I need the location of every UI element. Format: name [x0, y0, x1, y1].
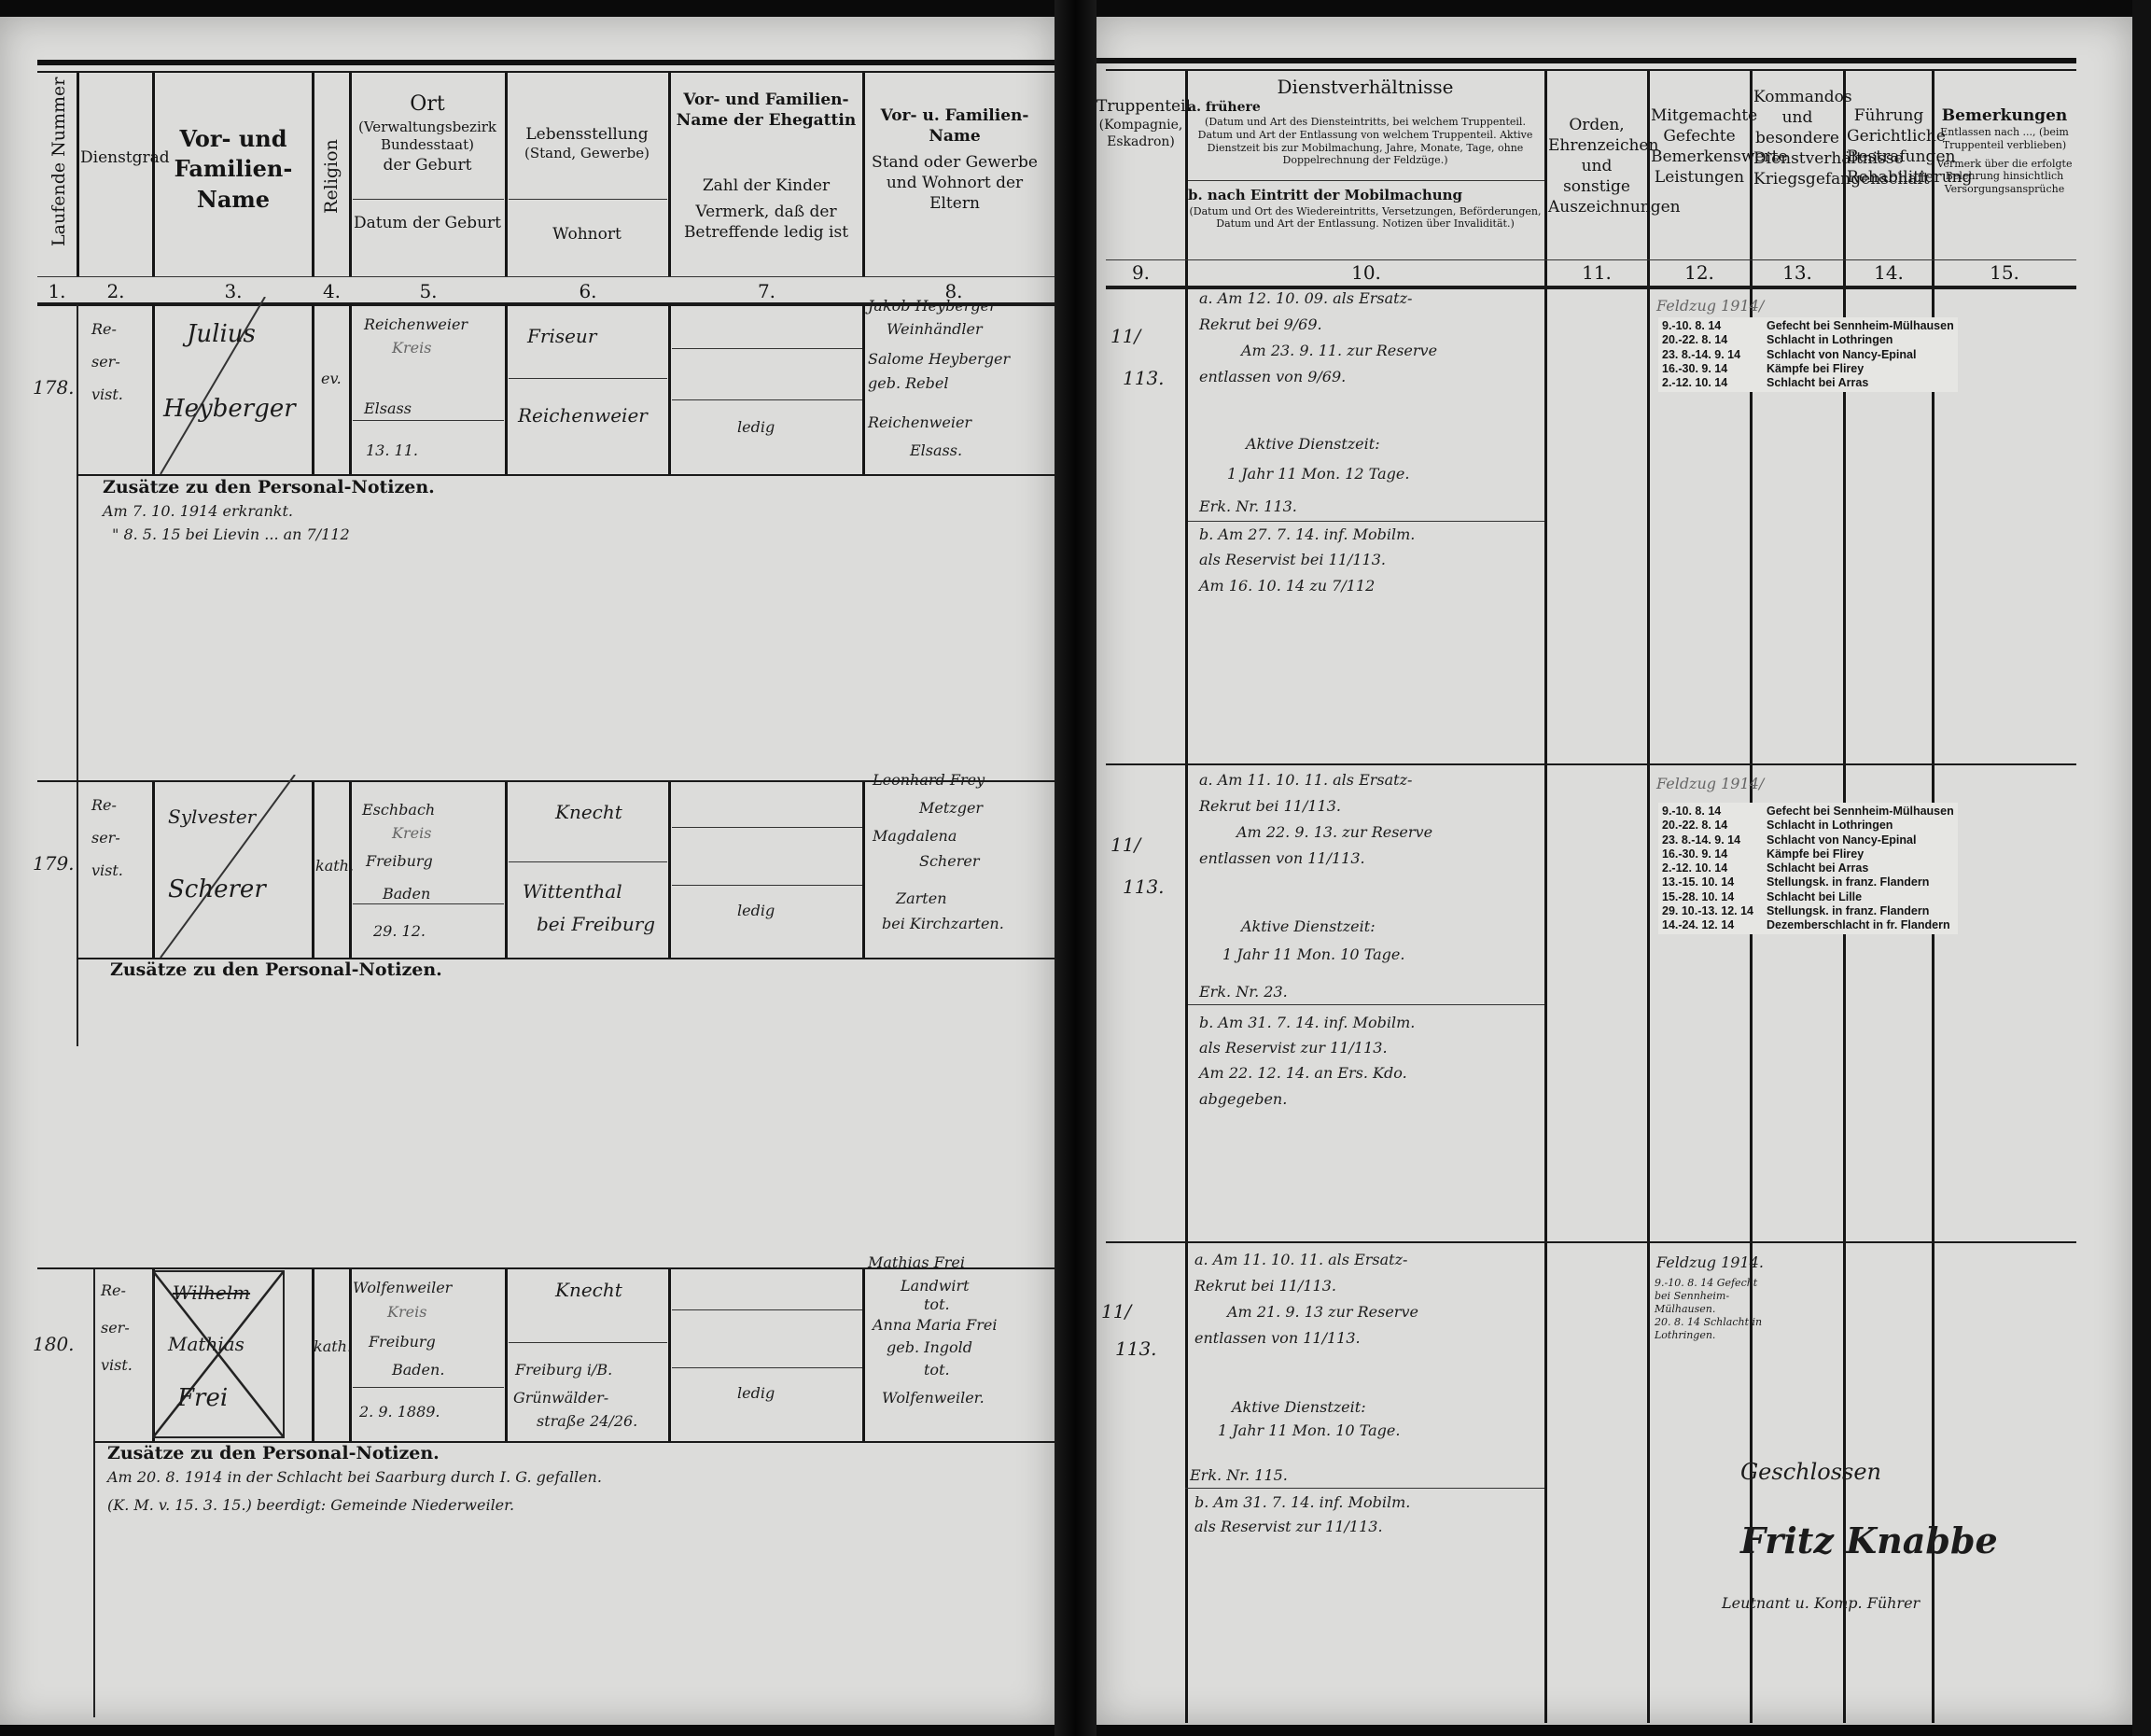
entry-separator [1106, 763, 2076, 765]
rank-line: vist. [91, 861, 123, 879]
header-bemerkungen-sub2: Vermerk über die erfolgte Belehrung hins… [1935, 158, 2074, 196]
surname: Scherer [168, 875, 266, 903]
birthplace-region: Elsass [364, 399, 412, 417]
top-rule-thin [1106, 69, 2076, 71]
subdivider [509, 199, 667, 200]
header-dienst-b-block: b. nach Eintritt der Mobilmachung (Datum… [1188, 187, 1543, 231]
surname: Frei [177, 1384, 228, 1412]
col-divider [668, 73, 671, 276]
battle-line: Lothringen. [1655, 1329, 1715, 1341]
header-dienst-a-sub: (Datum und Art des Diensteintritts, bei … [1188, 116, 1543, 167]
colnum-15: 15. [1935, 261, 2074, 284]
unit: 11/ [1110, 325, 1140, 347]
subdivider [672, 885, 862, 886]
service-line: Erk. Nr. 115. [1190, 1466, 1288, 1484]
birthplace: Eschbach [362, 801, 435, 819]
rank-line: ser- [91, 353, 120, 371]
col-divider [349, 73, 352, 276]
col-divider [862, 73, 865, 276]
header-eltern: Stand oder Gewerbe und Wohnort der Elter… [866, 152, 1043, 214]
battle-line: bei Sennheim- [1655, 1290, 1729, 1302]
battle-row: 16.-30. 9. 14Kämpfe bei Flirey [1662, 847, 1954, 861]
col-divider [1647, 71, 1650, 1723]
subdivider [1188, 180, 1544, 181]
header-bemerkungen: Bemerkungen Entlassen nach ..., (beim Tr… [1935, 105, 2074, 196]
header-gefechte: Mitgemachte Gefechte Bemerkenswerte Leis… [1651, 105, 1748, 188]
entry-number: 180. [33, 1333, 75, 1355]
header-fuehrung: Führung Gerichtliche Bestrafungen Rehabi… [1847, 105, 1931, 188]
service-line: als Reservist bei 11/113. [1199, 551, 1386, 568]
parent-line: Weinhändler [887, 320, 983, 338]
parent-line: Leonhard Frey [873, 771, 985, 789]
birthplace-region: Baden [383, 885, 430, 903]
header-name: Vor- und Familien-Name [157, 124, 310, 215]
entry-left-border [93, 1269, 95, 1717]
rank-line: ser- [91, 829, 120, 847]
header-ehegattin: Vor- und Familien-Name der Ehegattin [672, 90, 860, 131]
colnum-5: 5. [352, 280, 505, 302]
birthplace-city: Freiburg [369, 1333, 436, 1351]
subdivider [672, 348, 862, 349]
subdivider [353, 1387, 504, 1388]
parent-line: Jakob Heyberger [868, 297, 997, 315]
header-bemerkungen-title: Bemerkungen [1935, 105, 2074, 126]
header-lebensstellung-title: Lebensstellung [509, 124, 665, 145]
service-line: Aktive Dienstzeit: [1241, 917, 1376, 935]
occupation: Friseur [527, 325, 596, 347]
campaign-header: Feldzug 1914/ [1656, 297, 1764, 315]
service-line: als Reservist zur 11/113. [1194, 1518, 1383, 1535]
service-line: Am 21. 9. 13 zur Reserve [1227, 1303, 1418, 1321]
battle-row: 23. 8.-14. 9. 14Schlacht von Nancy-Epina… [1662, 833, 1954, 847]
parent-line: Elsass. [910, 441, 962, 459]
service-line: Rekrut bei 9/69. [1199, 315, 1322, 333]
parent-line: Scherer [919, 852, 979, 870]
religion: ev. [321, 370, 342, 387]
header-geburtsdatum: Datum der Geburt [353, 213, 502, 233]
given-name: Sylvester [168, 805, 256, 828]
unit: 113. [1123, 367, 1165, 389]
birthplace: Reichenweier [364, 315, 468, 333]
header-dienst-title: Dienstverhältnisse [1188, 75, 1543, 99]
header-kommandos: Kommandos und besondere Dienstverhältnis… [1753, 87, 1841, 189]
top-rule-thin [37, 71, 1055, 73]
subdivider [1188, 1004, 1544, 1005]
entry-number: 179. [33, 852, 75, 875]
colnum-4: 4. [314, 280, 349, 302]
header-dienstgrad: Dienstgrad [80, 147, 151, 168]
service-line: entlassen von 11/113. [1199, 849, 1365, 867]
col-divider [505, 304, 508, 474]
header-ort: Ort (Verwaltungsbezirk Bundesstaat) der … [353, 91, 502, 175]
service-line: Erk. Nr. 113. [1199, 497, 1297, 515]
marital-status: ledig [737, 418, 775, 436]
signature-name: Fritz Knabbe [1740, 1519, 1998, 1561]
battle-row: 9.-10. 8. 14Gefecht bei Sennheim-Mülhaus… [1662, 319, 1954, 333]
birth-date: 29. 12. [373, 922, 426, 940]
parent-line: geb. Rebel [868, 374, 948, 392]
header-eltern-name: Vor- u. Familien-Name [866, 105, 1043, 147]
notes-rule [77, 474, 1055, 476]
top-rule [1096, 58, 2076, 63]
battle-row: 2.-12. 10. 14Schlacht bei Arras [1662, 376, 1954, 390]
marital-status: ledig [737, 1384, 775, 1402]
col-divider [312, 73, 314, 276]
occupation: Knecht [555, 1279, 622, 1301]
col-divider [505, 782, 508, 958]
header-lebensstellung-sub: (Stand, Gewerbe) [509, 145, 665, 163]
surname: Heyberger [163, 395, 296, 423]
colnum-rule [1106, 259, 2076, 260]
unit: 113. [1115, 1337, 1157, 1360]
header-kinder: Zahl der Kinder [672, 175, 860, 196]
entry-left-border [77, 304, 78, 1046]
given-name: Mathias [168, 1333, 244, 1355]
parent-line: tot. [924, 1361, 950, 1379]
colnum-1: 1. [37, 280, 77, 302]
service-line: Am 22. 9. 13. zur Reserve [1236, 823, 1432, 841]
battle-row: 20.-22. 8. 14Schlacht in Lothringen [1662, 819, 1954, 833]
battle-row: 2.-12. 10. 14Schlacht bei Arras [1662, 861, 1954, 875]
colnum-9: 9. [1096, 261, 1185, 284]
col-divider [668, 304, 671, 474]
rank-line: vist. [101, 1356, 133, 1374]
battle-row: 13.-15. 10. 14Stellungsk. in franz. Flan… [1662, 875, 1954, 889]
parent-line: Salome Heyberger [868, 350, 1010, 368]
header-ort-title: Ort [353, 91, 502, 119]
col-divider [668, 1269, 671, 1441]
birthplace-district: Kreis [392, 824, 431, 842]
residence: Freiburg i/B. [515, 1361, 612, 1379]
colnum-12: 12. [1651, 261, 1748, 284]
parent-line: Wolfenweiler. [882, 1389, 985, 1407]
left-page: Laufende Nummer Dienstgrad Vor- und Fami… [0, 17, 1055, 1725]
header-truppenteil-title: Truppenteil [1096, 96, 1185, 117]
marital-status: ledig [737, 902, 775, 919]
service-line: Aktive Dienstzeit: [1246, 435, 1380, 453]
service-line: Am 16. 10. 14 zu 7/112 [1199, 577, 1375, 595]
notes-title: Zusätze zu den Personal-Notizen. [103, 477, 435, 497]
service-line: Am 22. 12. 14. an Ers. Kdo. [1199, 1064, 1407, 1082]
colnum-10: 10. [1188, 261, 1544, 284]
service-line: a. Am 11. 10. 11. als Ersatz- [1199, 771, 1412, 789]
col-divider [505, 1269, 508, 1441]
service-line: als Reservist zur 11/113. [1199, 1039, 1388, 1057]
colnum-14: 14. [1847, 261, 1931, 284]
religion: kath. [315, 857, 354, 875]
campaign-header: Feldzug 1914. [1656, 1253, 1764, 1271]
religion: kath. [314, 1337, 352, 1355]
birthplace-city: Freiburg [366, 852, 433, 870]
subdivider [509, 861, 667, 862]
rank-line: vist. [91, 385, 123, 403]
subdivider [353, 420, 504, 421]
book-edge [2132, 0, 2151, 1736]
battle-row: 14.-24. 12. 14Dezemberschlacht in fr. Fl… [1662, 918, 1954, 932]
header-bemerkungen-sub: Entlassen nach ..., (beim Truppenteil ve… [1935, 126, 2074, 152]
battle-line: 9.-10. 8. 14 Gefecht [1655, 1277, 1757, 1289]
header-dienstverhaeltnisse: Dienstverhältnisse a. frühere (Datum und… [1188, 75, 1543, 167]
colnum-2: 2. [79, 280, 152, 302]
service-line: Rekrut bei 11/113. [1194, 1277, 1336, 1295]
subdivider [353, 903, 504, 904]
battles-list: 9.-10. 8. 14Gefecht bei Sennheim-Mülhaus… [1658, 317, 1958, 392]
top-rule [37, 60, 1055, 65]
service-line: b. Am 31. 7. 14. inf. Mobilm. [1194, 1493, 1410, 1511]
notes-title: Zusätze zu den Personal-Notizen. [107, 1443, 440, 1463]
service-line: Am 23. 9. 11. zur Reserve [1241, 342, 1437, 359]
header-orden: Orden, Ehrenzeichen und sonstige Auszeic… [1548, 115, 1645, 217]
residence: bei Freiburg [537, 913, 655, 935]
header-lebensstellung: Lebensstellung (Stand, Gewerbe) [509, 124, 665, 163]
given-name-struck: Wilhelm [173, 1281, 250, 1304]
note-line: (K. M. v. 15. 3. 15.) beerdigt: Gemeinde… [107, 1496, 514, 1514]
service-line: Aktive Dienstzeit: [1232, 1398, 1366, 1416]
residence: Wittenthal [523, 880, 622, 903]
battle-row: 9.-10. 8. 14Gefecht bei Sennheim-Mülhaus… [1662, 805, 1954, 819]
header-ledig: Vermerk, daß der Betreffende ledig ist [672, 202, 860, 243]
service-line: 1 Jahr 11 Mon. 10 Tage. [1218, 1421, 1400, 1439]
service-line: Erk. Nr. 23. [1199, 983, 1288, 1001]
service-line: b. Am 27. 7. 14. inf. Mobilm. [1199, 525, 1415, 543]
header-wohnort: Wohnort [509, 224, 665, 245]
parent-line: tot. [924, 1295, 950, 1313]
subdivider [353, 199, 504, 200]
service-line: 1 Jahr 11 Mon. 12 Tage. [1227, 465, 1409, 483]
col-divider [349, 1269, 352, 1441]
colnum-11: 11. [1548, 261, 1645, 284]
parent-line: Magdalena [873, 827, 957, 845]
subdivider [672, 1309, 862, 1310]
book-gutter [1055, 0, 1096, 1736]
rank-line: Re- [91, 796, 117, 814]
col-divider [862, 304, 865, 474]
col-divider [668, 782, 671, 958]
col-divider [77, 73, 79, 276]
header-truppenteil-sub: (Kompagnie, Eskadron) [1096, 117, 1185, 150]
note-line: Am 20. 8. 1914 in der Schlacht bei Saarb… [107, 1468, 602, 1486]
service-line: b. Am 31. 7. 14. inf. Mobilm. [1199, 1014, 1415, 1031]
strike-line [155, 775, 314, 958]
header-dienst-b: b. nach Eintritt der Mobilmachung [1188, 187, 1543, 205]
birthplace-region: Baden. [392, 1361, 444, 1379]
col-divider [1185, 71, 1188, 1723]
subdivider [509, 378, 667, 379]
parent-line: Anna Maria Frei [873, 1316, 997, 1334]
header-laufende-nummer: Laufende Nummer [49, 88, 69, 246]
rank-line: ser- [101, 1319, 130, 1337]
unit: 113. [1123, 875, 1165, 898]
header-ort-sub: (Verwaltungsbezirk Bundesstaat) [353, 119, 502, 155]
battle-row: 29. 10.-13. 12. 14Stellungsk. in franz. … [1662, 904, 1954, 918]
col-divider [152, 73, 155, 276]
residence: straße 24/26. [537, 1412, 637, 1430]
colnum-rule [37, 276, 1055, 277]
given-name: Julius [187, 320, 256, 348]
parent-line: Zarten [896, 889, 947, 907]
parent-line: Reichenweier [868, 413, 971, 431]
birthplace-district: Kreis [392, 339, 431, 357]
unit: 11/ [1110, 833, 1140, 856]
col-divider [1544, 71, 1547, 1723]
subdivider [672, 827, 862, 828]
battle-row: 23. 8.-14. 9. 14Schlacht von Nancy-Epina… [1662, 348, 1954, 362]
parent-line: geb. Ingold [887, 1338, 972, 1356]
birth-date: 2. 9. 1889. [359, 1403, 440, 1421]
battle-line: 20. 8. 14 Schlacht in [1655, 1316, 1762, 1328]
colnum-13: 13. [1753, 261, 1841, 284]
service-line: entlassen von 11/113. [1194, 1329, 1361, 1347]
unit: 11/ [1101, 1300, 1131, 1323]
header-truppenteil: Truppenteil (Kompagnie, Eskadron) [1096, 96, 1185, 150]
header-dienst-a: a. frühere [1188, 99, 1543, 116]
col-divider [349, 304, 352, 474]
colnum-6: 6. [508, 280, 668, 302]
service-line: Rekrut bei 11/113. [1199, 797, 1341, 815]
parent-line: bei Kirchzarten. [882, 915, 1004, 932]
subdivider [1188, 521, 1544, 522]
battle-line: Mülhausen. [1655, 1303, 1715, 1315]
parent-line: Landwirt [901, 1277, 970, 1295]
col-divider [862, 1269, 865, 1441]
notes-title: Zusätze zu den Personal-Notizen. [110, 959, 442, 980]
right-page: Truppenteil (Kompagnie, Eskadron) Dienst… [1096, 17, 2132, 1725]
residence: Grünwälder- [513, 1389, 608, 1407]
col-divider [862, 782, 865, 958]
service-line: abgegeben. [1199, 1090, 1287, 1108]
birthplace-district: Kreis [387, 1303, 426, 1321]
rank-line: Re- [101, 1281, 126, 1299]
note-line: " 8. 5. 15 bei Lievin ... an 7/112 [112, 525, 350, 543]
note-line: Am 7. 10. 1914 erkrankt. [103, 502, 293, 520]
signature-label: Geschlossen [1740, 1459, 1881, 1485]
entry-separator [1106, 1241, 2076, 1243]
battle-row: 16.-30. 9. 14Kämpfe bei Flirey [1662, 362, 1954, 376]
service-line: entlassen von 9/69. [1199, 368, 1346, 385]
subdivider [672, 1367, 862, 1368]
rank-line: Re- [91, 320, 117, 338]
subdivider [1185, 1488, 1544, 1489]
birthplace: Wolfenweiler [353, 1279, 452, 1296]
battle-row: 15.-28. 10. 14Schlacht bei Lille [1662, 890, 1954, 904]
entry-number: 178. [33, 376, 75, 399]
parent-line: Mathias Frei [868, 1253, 965, 1271]
header-religion: Religion [321, 134, 342, 218]
occupation: Knecht [555, 801, 622, 823]
colnum-7: 7. [671, 280, 862, 302]
parent-line: Metzger [919, 799, 983, 817]
subdivider [672, 399, 862, 400]
header-ort-mid: der Geburt [353, 155, 502, 175]
header-dienst-b-sub: (Datum und Ort des Wiedereintritts, Vers… [1188, 205, 1543, 231]
service-line: 1 Jahr 11 Mon. 10 Tage. [1222, 945, 1404, 963]
campaign-header: Feldzug 1914/ [1656, 775, 1764, 792]
col-divider [505, 73, 508, 276]
service-line: a. Am 12. 10. 09. als Ersatz- [1199, 289, 1412, 307]
battles-list: 9.-10. 8. 14Gefecht bei Sennheim-Mülhaus… [1658, 803, 1958, 934]
signature-title: Leutnant u. Komp. Führer [1722, 1594, 1920, 1612]
service-line: a. Am 11. 10. 11. als Ersatz- [1194, 1251, 1407, 1268]
birth-date: 13. 11. [366, 441, 418, 459]
subdivider [509, 1342, 667, 1343]
battle-row: 20.-22. 8. 14Schlacht in Lothringen [1662, 333, 1954, 347]
residence: Reichenweier [518, 404, 648, 427]
